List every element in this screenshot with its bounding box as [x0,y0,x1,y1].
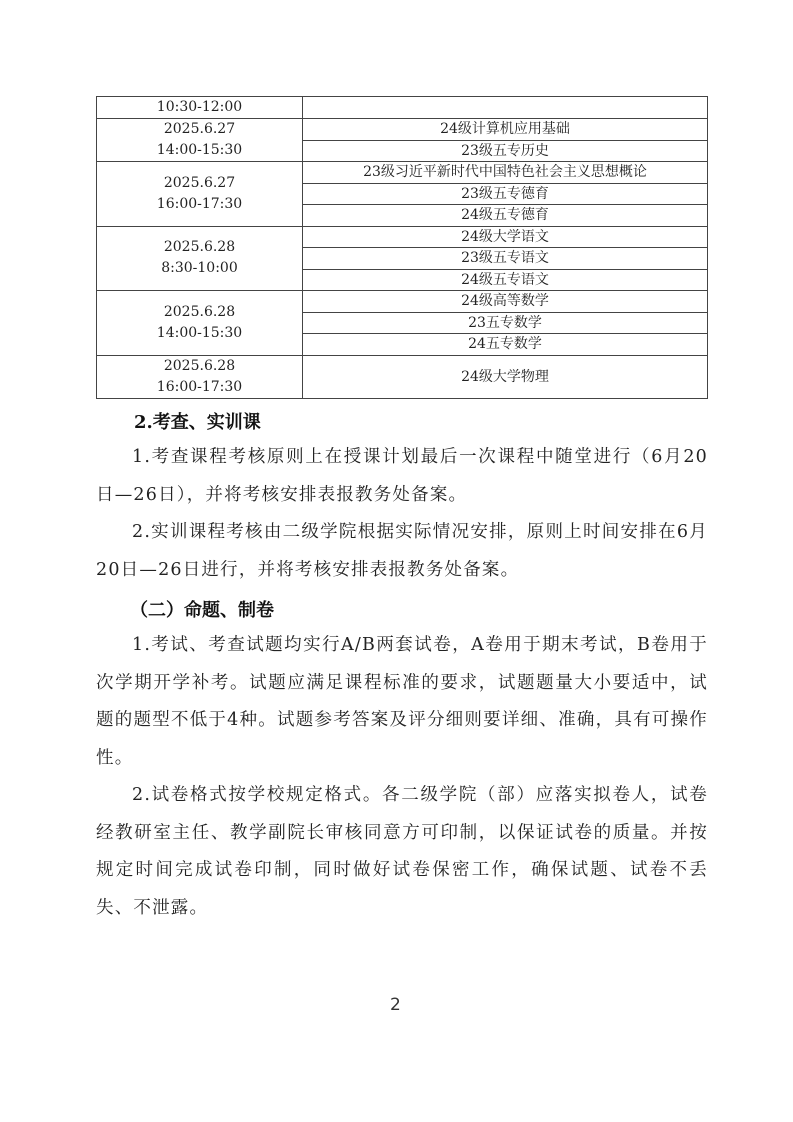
table-row: 2025.6.27 16:00-17:30 23级习近平新时代中国特色社会主义思… [97,162,708,184]
table-row: 2025.6.28 14:00-15:30 24级高等数学 [97,291,708,313]
time-cell: 2025.6.27 14:00-15:30 [97,119,303,162]
paragraph: 2.试卷格式按学校规定格式。各二级学院（部）应落实拟卷人，试卷经教研室主任、教学… [96,777,708,927]
course-cell: 24级高等数学 [303,291,708,313]
time-cell: 10:30-12:00 [97,97,303,119]
course-cell: 23级五专德育 [303,183,708,205]
paragraph: 1.考试、考查试题均实行A/B两套试卷，A卷用于期末考试，B卷用于次学期开学补考… [96,627,708,777]
course-cell: 23级五专语文 [303,248,708,270]
section-heading-assessment: 2.考查、实训课 [134,408,261,434]
table-row: 10:30-12:00 [97,97,708,119]
time-cell: 2025.6.28 16:00-17:30 [97,355,303,398]
course-cell [303,97,708,119]
page-number: 2 [390,995,401,1015]
table-row: 2025.6.28 8:30-10:00 24级大学语文 [97,226,708,248]
paragraph: 1.考查课程考核原则上在授课计划最后一次课程中随堂进行（6月20日—26日），并… [96,439,708,514]
course-cell: 23级习近平新时代中国特色社会主义思想概论 [303,162,708,184]
course-cell: 24级计算机应用基础 [303,119,708,141]
document-page: 10:30-12:00 2025.6.27 14:00-15:30 24级计算机… [0,0,793,1122]
course-cell: 24五专数学 [303,334,708,356]
time-cell: 2025.6.27 16:00-17:30 [97,162,303,227]
course-cell: 24级五专语文 [303,269,708,291]
exam-schedule-table: 10:30-12:00 2025.6.27 14:00-15:30 24级计算机… [96,96,708,399]
course-cell: 24级五专德育 [303,205,708,227]
table-row: 2025.6.28 16:00-17:30 24级大学物理 [97,355,708,398]
paragraph: 2.实训课程考核由二级学院根据实际情况安排，原则上时间安排在6月20日—26日进… [96,514,708,589]
table-row: 2025.6.27 14:00-15:30 24级计算机应用基础 [97,119,708,141]
section-heading-exam-paper: （二）命题、制卷 [130,596,274,622]
course-cell: 24级大学语文 [303,226,708,248]
time-cell: 2025.6.28 14:00-15:30 [97,291,303,356]
course-cell: 23级五专历史 [303,140,708,162]
time-cell: 2025.6.28 8:30-10:00 [97,226,303,291]
course-cell: 24级大学物理 [303,355,708,398]
course-cell: 23五专数学 [303,312,708,334]
